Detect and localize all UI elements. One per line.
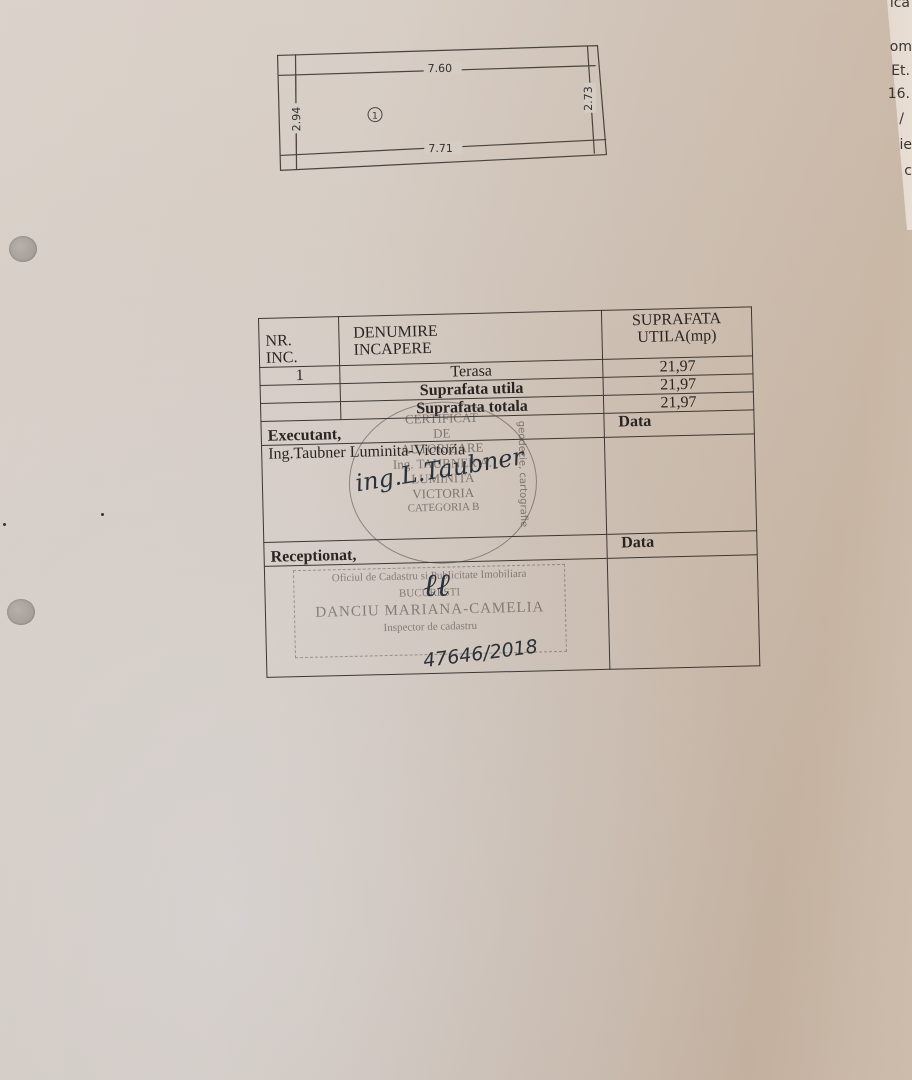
side-page-text: ica	[890, 0, 910, 10]
executant-date-cell	[604, 434, 756, 535]
underlying-page-edge	[872, 0, 912, 230]
paper-speck	[3, 523, 6, 526]
side-page-text: ie	[899, 138, 912, 152]
receptionat-row: Oficiul de Cadastru si Publicitate Imobi…	[264, 555, 759, 678]
row-nr: 1	[260, 366, 340, 386]
executant-row: Ing.Taubner Luminita-Victoria CERTIFICAT…	[262, 434, 757, 543]
receptionat-date-cell	[607, 555, 760, 670]
svg-text:1: 1	[372, 112, 378, 122]
punch-hole	[9, 236, 37, 262]
svg-text:2.94: 2.94	[290, 107, 303, 132]
side-page-text: om	[890, 40, 912, 54]
svg-text:7.60: 7.60	[428, 62, 453, 75]
side-page-text: 16.	[888, 87, 910, 101]
executant-date-label: Data	[604, 410, 755, 438]
side-page-text: Et.	[891, 64, 910, 78]
svg-text:2.73: 2.73	[582, 86, 595, 111]
floor-plan-sketch: 7.60 7.71 2.94 2.73 1	[275, 43, 608, 174]
header-nr-inc: NR. INC.	[259, 317, 340, 368]
executant-cell: Ing.Taubner Luminita-Victoria CERTIFICAT…	[262, 437, 607, 542]
header-suprafata: SUPRAFATA UTILA(mp)	[601, 307, 752, 360]
side-page-text: /	[899, 112, 904, 126]
punch-hole	[7, 599, 35, 625]
paper-speck	[101, 513, 104, 516]
surface-table: NR. INC. DENUMIRE INCAPERE SUPRAFATA UTI…	[258, 306, 760, 678]
side-page-text: c	[904, 164, 912, 178]
receptionat-cell: Oficiul de Cadastru si Publicitate Imobi…	[264, 558, 609, 677]
receptionat-date-label: Data	[607, 531, 758, 559]
svg-text:7.71: 7.71	[428, 142, 453, 155]
header-denumire: DENUMIRE INCAPERE	[338, 310, 602, 365]
